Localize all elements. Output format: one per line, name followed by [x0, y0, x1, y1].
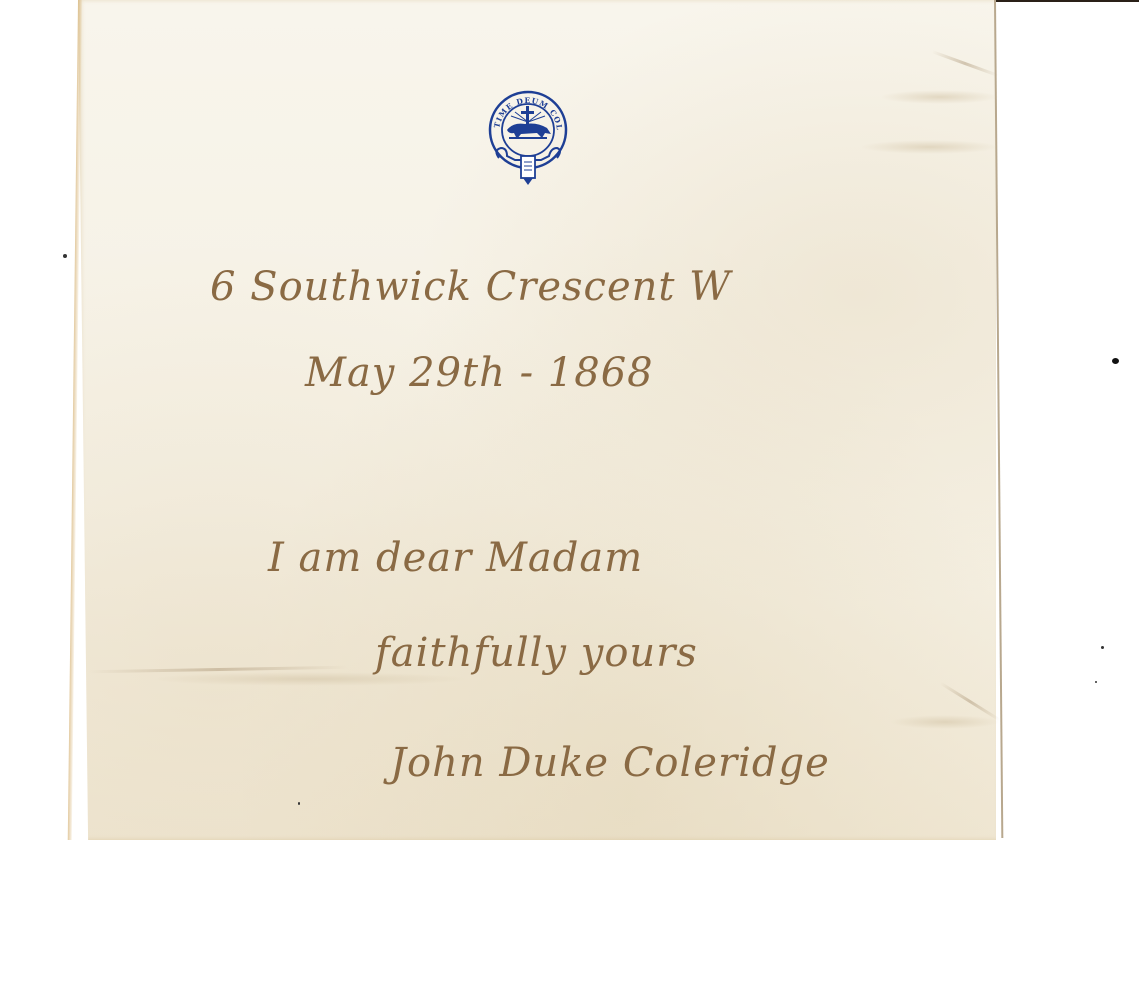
scan-speck [63, 254, 67, 258]
scan-speck [298, 802, 300, 805]
paper-left-edge [68, 0, 82, 840]
paper-crease-right-top [880, 90, 1000, 104]
crest-seal-icon: TIME DEUM COLE REGEM [487, 86, 569, 188]
scan-speck [1112, 358, 1119, 364]
paper-crease-right-mid [860, 140, 1000, 154]
scan-speck [1101, 646, 1104, 649]
salutation-line: I am dear Madam [268, 535, 643, 581]
signature: John Duke Coleridge [390, 740, 830, 786]
address-line: 6 Southwick Crescent W [210, 264, 731, 310]
paper-crease-right-bottom [890, 715, 1000, 729]
scan-edge-bar [993, 0, 1139, 2]
date-line: May 29th - 1868 [305, 350, 654, 396]
closing-line: faithfully yours [375, 630, 698, 676]
scan-speck [1095, 681, 1097, 683]
